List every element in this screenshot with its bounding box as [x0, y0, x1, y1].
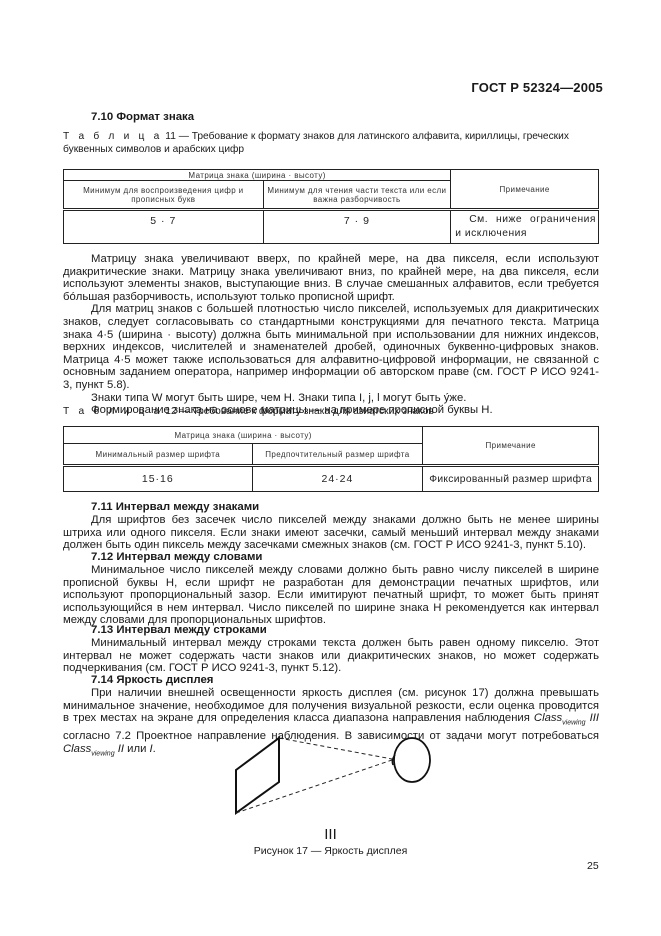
display-panel-icon [236, 738, 279, 813]
figure-17-drawing [0, 0, 661, 936]
figure17-class-label: III [0, 826, 661, 843]
viewing-lines-icon [236, 738, 392, 813]
page-number: 25 [587, 860, 599, 872]
eye-icon [392, 738, 430, 782]
figure17-caption: Рисунок 17 — Яркость дисплея [0, 845, 661, 857]
